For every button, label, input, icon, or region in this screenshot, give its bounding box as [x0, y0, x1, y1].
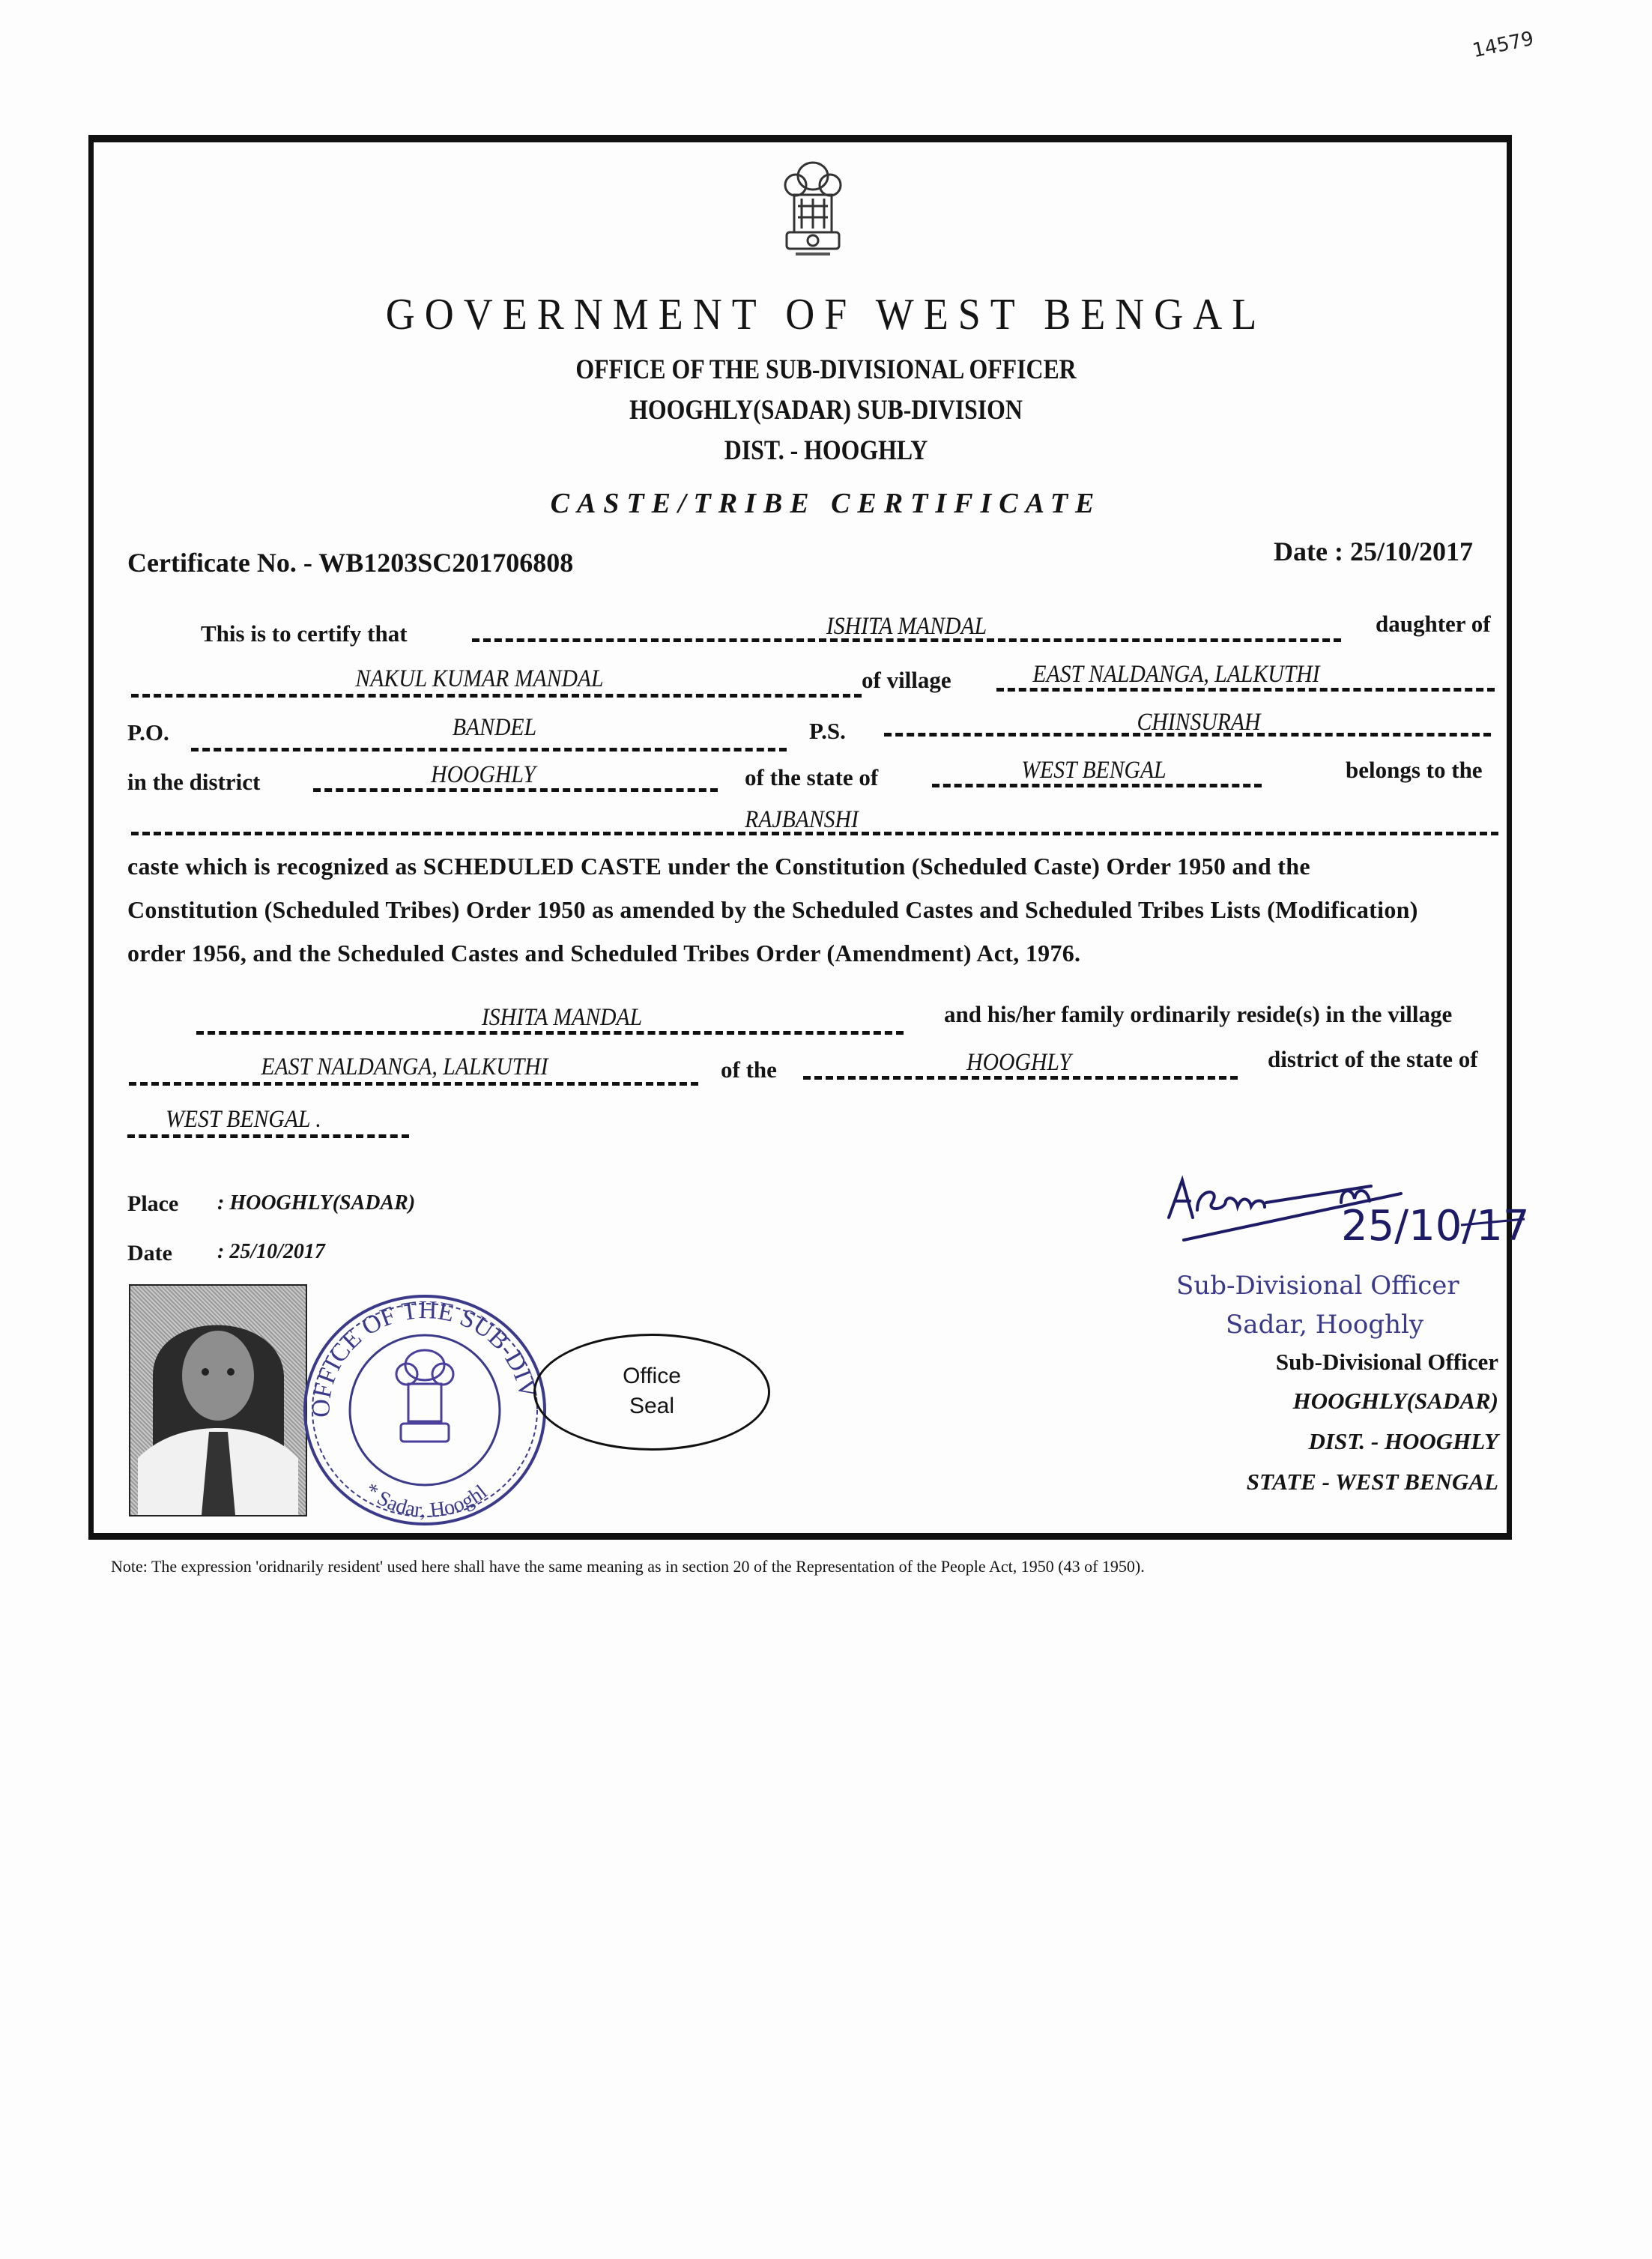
issue-date-row: Date : 25/10/2017 — [1274, 536, 1473, 567]
ps-label: P.S. — [809, 718, 846, 745]
resident-district: HOOGHLY — [931, 1049, 1107, 1077]
footer-date: : 25/10/2017 — [217, 1240, 325, 1264]
recognition-line-1: caste which is recognized as SCHEDULED C… — [127, 853, 1498, 880]
resident-state: WEST BENGAL . — [146, 1106, 342, 1134]
po-label: P.O. — [127, 719, 169, 746]
po-blank — [191, 748, 787, 752]
recognition-line-2: Constitution (Scheduled Tribes) Order 19… — [127, 896, 1498, 924]
place: : HOOGHLY(SADAR) — [217, 1191, 415, 1215]
office-seal-line-1: Office — [536, 1361, 768, 1391]
recognition-line-3: order 1956, and the Scheduled Castes and… — [127, 940, 1498, 967]
relation-label: daughter of — [1376, 611, 1491, 638]
of-the-label: of the — [721, 1056, 777, 1083]
holder-name: ISHITA MANDAL — [515, 613, 1298, 641]
holder-photo — [129, 1284, 307, 1516]
office-seal-line-2: Seal — [536, 1391, 768, 1421]
office-title: OFFICE OF THE SUB-DIVISIONAL OFFICER — [115, 354, 1536, 386]
caste: RAJBANSHI — [674, 806, 930, 834]
stamp-officer-title: Sub-Divisional Officer — [1176, 1271, 1459, 1301]
district-state-label: district of the state of — [1268, 1046, 1478, 1073]
officer-subdivision: HOOGHLY(SADAR) — [1124, 1388, 1498, 1415]
resident-village: EAST NALDANGA, LALKUTHI — [229, 1053, 580, 1081]
place-label: Place — [127, 1191, 178, 1217]
person-photo-icon — [130, 1286, 306, 1515]
post-office: BANDEL — [373, 714, 616, 742]
police-station: CHINSURAH — [1091, 709, 1307, 737]
parent-name: NAKUL KUMAR MANDAL — [291, 665, 668, 693]
belongs-label: belongs to the — [1346, 757, 1483, 784]
district-label: in the district — [127, 769, 260, 796]
reside-label: and his/her family ordinarily reside(s) … — [944, 1001, 1452, 1028]
certify-label: This is to certify that — [201, 620, 408, 647]
issue-date: 25/10/2017 — [1350, 536, 1473, 566]
certificate-number: WB1203SC201706808 — [318, 548, 573, 578]
svg-text:25/10/17: 25/10/17 — [1341, 1202, 1528, 1248]
resident-village-blank — [129, 1082, 698, 1086]
round-office-seal: OFFICE OF THE SUB-DIVISIONAL OFFICER * S… — [296, 1290, 554, 1528]
district-title: DIST. - HOOGHLY — [115, 435, 1536, 467]
state: WEST BENGAL — [979, 757, 1208, 784]
footnote: Note: The expression 'oridnarily residen… — [111, 1557, 1145, 1576]
parent-blank — [131, 694, 862, 698]
officer-district: DIST. - HOOGHLY — [1124, 1428, 1498, 1455]
state-label: of the state of — [745, 764, 878, 791]
svg-text:OFFICE OF THE SUB-DIVISIONAL O: OFFICE OF THE SUB-DIVISIONAL OFFICER — [296, 1290, 542, 1418]
subdivision-title: HOOGHLY(SADAR) SUB-DIVISION — [115, 394, 1536, 426]
certificate-title: CASTE/TRIBE CERTIFICATE — [0, 487, 1652, 520]
footer-date-label: Date — [127, 1241, 172, 1266]
officer-designation: Sub-Divisional Officer — [1124, 1349, 1498, 1376]
issue-date-label: Date : — [1274, 536, 1343, 566]
stamp-officer-place: Sadar, Hooghly — [1226, 1310, 1423, 1340]
state-emblem-icon — [764, 154, 862, 273]
district: HOOGHLY — [366, 761, 602, 789]
resident-name: ISHITA MANDAL — [434, 1004, 690, 1032]
handwritten-serial-number: 14579 — [1471, 28, 1536, 63]
resident-state-blank — [127, 1134, 409, 1138]
officer-state: STATE - WEST BENGAL — [1124, 1469, 1498, 1496]
village-label: of village — [862, 667, 951, 694]
certificate-number-row: Certificate No. - WB1203SC201706808 — [127, 547, 573, 578]
officer-signature: 25/10/17 — [1154, 1165, 1528, 1248]
government-title: GOVERNMENT OF WEST BENGAL — [0, 288, 1652, 339]
office-seal-placeholder: Office Seal — [533, 1334, 770, 1451]
village: EAST NALDANGA, LALKUTHI — [987, 661, 1365, 689]
certificate-number-label: Certificate No. - — [127, 548, 312, 578]
